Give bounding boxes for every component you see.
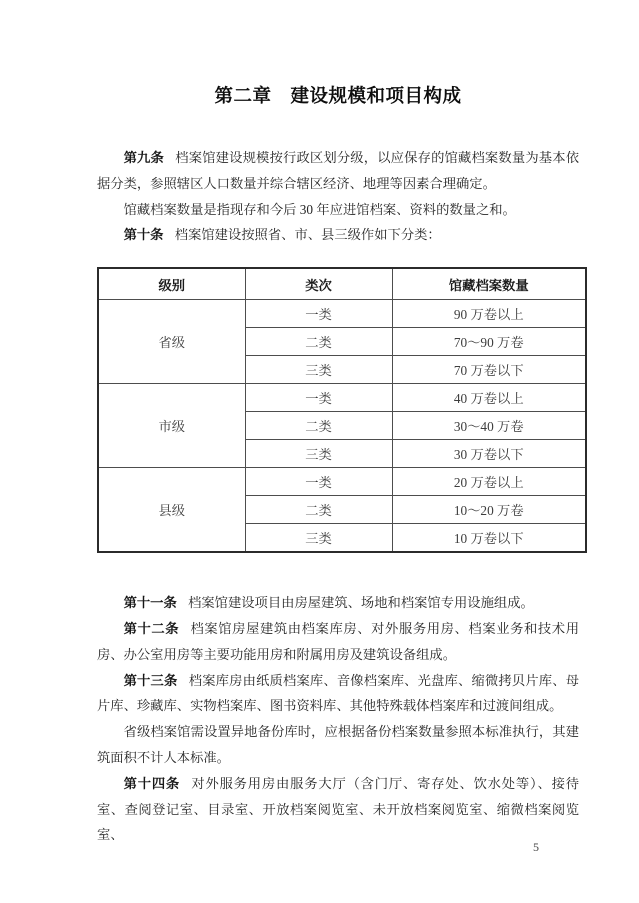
quantity-cell: 10 万卷以下 [392, 524, 586, 553]
paragraph-article-14: 第十四条对外服务用房由服务大厅（含门厅、寄存处、饮水处等）、接待室、查阅登记室、… [97, 771, 579, 848]
quantity-cell: 30～40 万卷 [392, 412, 586, 440]
quantity-cell: 70～90 万卷 [392, 328, 586, 356]
paragraph-backup-note: 省级档案馆需设置异地备份库时，应根据备份档案数量参照本标准执行，其建筑面积不计人… [97, 719, 579, 771]
quantity-cell: 90 万卷以上 [392, 300, 586, 328]
header-level: 级别 [98, 268, 245, 300]
article-9-label: 第九条 [124, 150, 164, 165]
table-header-row: 级别 类次 馆藏档案数量 [98, 268, 586, 300]
document-page: 第二章 建设规模和项目构成 第九条档案馆建设规模按行政区划分级，以应保存的馆藏档… [0, 0, 639, 903]
quantity-cell: 20 万卷以上 [392, 468, 586, 496]
class-cell: 二类 [245, 496, 392, 524]
level-cell-county: 县级 [98, 468, 245, 553]
paragraph-article-11: 第十一条档案馆建设项目由房屋建筑、场地和档案馆专用设施组成。 [97, 590, 579, 616]
class-cell: 三类 [245, 356, 392, 384]
class-cell: 三类 [245, 440, 392, 468]
article-10-text: 档案馆建设按照省、市、县三级作如下分类： [175, 227, 441, 242]
level-cell-provincial: 省级 [98, 300, 245, 384]
class-cell: 三类 [245, 524, 392, 553]
holdings-note-text: 馆藏档案数量是指现存和今后 30 年应进馆档案、资料的数量之和。 [124, 202, 516, 217]
table-row: 市级 一类 40 万卷以上 [98, 384, 586, 412]
level-cell-municipal: 市级 [98, 384, 245, 468]
article-13-label: 第十三条 [124, 673, 178, 688]
class-cell: 二类 [245, 412, 392, 440]
quantity-cell: 10～20 万卷 [392, 496, 586, 524]
class-cell: 二类 [245, 328, 392, 356]
quantity-cell: 30 万卷以下 [392, 440, 586, 468]
table-row: 省级 一类 90 万卷以上 [98, 300, 586, 328]
article-12-label: 第十二条 [124, 621, 180, 636]
class-cell: 一类 [245, 300, 392, 328]
quantity-cell: 70 万卷以下 [392, 356, 586, 384]
paragraph-article-13: 第十三条档案库房由纸质档案库、音像档案库、光盘库、缩微拷贝片库、母片库、珍藏库、… [97, 668, 579, 720]
classification-table: 级别 类次 馆藏档案数量 省级 一类 90 万卷以上 二类 70～90 万卷 三… [97, 267, 587, 553]
chapter-title: 第二章 建设规模和项目构成 [97, 83, 579, 108]
class-cell: 一类 [245, 384, 392, 412]
backup-note-text: 省级档案馆需设置异地备份库时，应根据备份档案数量参照本标准执行，其建筑面积不计人… [97, 724, 579, 765]
table-row: 县级 一类 20 万卷以上 [98, 468, 586, 496]
article-10-label: 第十条 [124, 227, 164, 242]
page-content: 第二章 建设规模和项目构成 第九条档案馆建设规模按行政区划分级，以应保存的馆藏档… [97, 83, 579, 848]
class-cell: 一类 [245, 468, 392, 496]
paragraph-holdings-note: 馆藏档案数量是指现存和今后 30 年应进馆档案、资料的数量之和。 [97, 197, 579, 223]
article-11-text: 档案馆建设项目由房屋建筑、场地和档案馆专用设施组成。 [188, 595, 534, 610]
article-11-label: 第十一条 [124, 595, 177, 610]
paragraph-article-12: 第十二条档案馆房屋建筑由档案库房、对外服务用房、档案业务和技术用房、办公室用房等… [97, 616, 579, 668]
article-14-label: 第十四条 [124, 776, 180, 791]
article-9-text: 档案馆建设规模按行政区划分级，以应保存的馆藏档案数量为基本依据分类，参照辖区人口… [97, 150, 579, 191]
page-number: 5 [533, 840, 539, 855]
paragraph-article-10: 第十条档案馆建设按照省、市、县三级作如下分类： [97, 222, 579, 248]
quantity-cell: 40 万卷以上 [392, 384, 586, 412]
header-class: 类次 [245, 268, 392, 300]
paragraph-article-9: 第九条档案馆建设规模按行政区划分级，以应保存的馆藏档案数量为基本依据分类，参照辖… [97, 145, 579, 197]
header-quantity: 馆藏档案数量 [392, 268, 586, 300]
